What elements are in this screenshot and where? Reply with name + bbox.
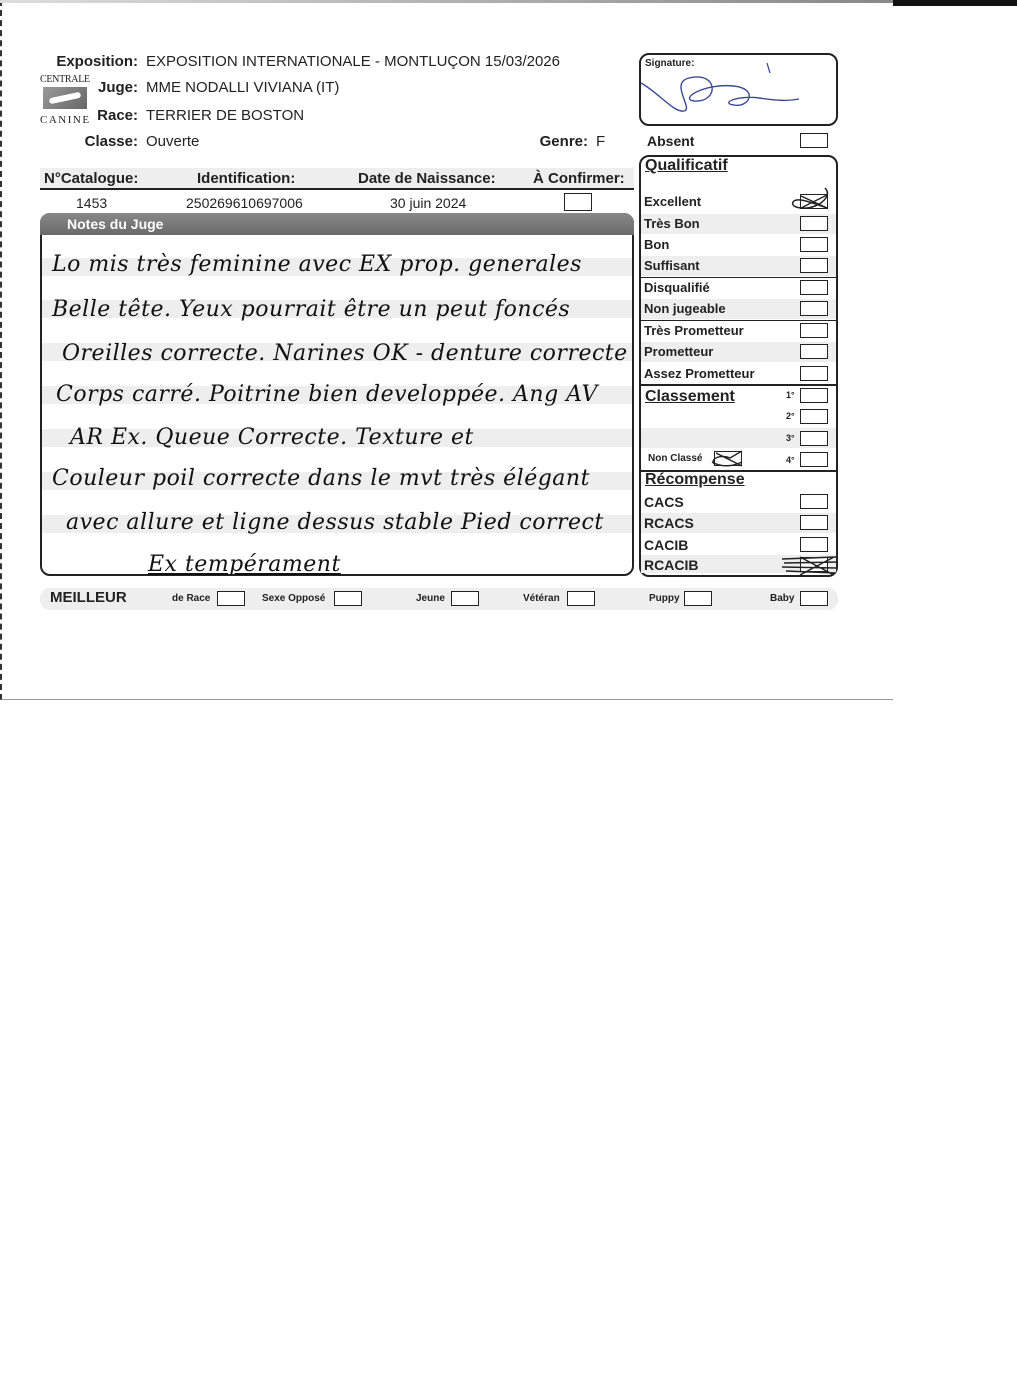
notes-line: Ex tempérament (148, 552, 341, 577)
meilleur-sexe-oppose-checkbox[interactable] (334, 591, 362, 606)
qualificatif-excellent-label: Excellent (644, 194, 701, 209)
a-confirmer-checkbox[interactable] (564, 193, 592, 211)
scan-top-edge (0, 0, 893, 3)
qualificatif-suffisant-label: Suffisant (644, 258, 700, 273)
classement-3-checkbox[interactable] (800, 431, 828, 446)
meilleur-sexe-oppose-label: Sexe Opposé (262, 593, 325, 604)
meilleur-jeune-checkbox[interactable] (451, 591, 479, 606)
recompense-rcacs-label: RCACS (644, 515, 694, 531)
notes-line: avec allure et ligne dessus stable Pied … (66, 510, 604, 535)
checkmark-scribble-icon (785, 186, 835, 216)
classe-value: Ouverte (146, 133, 199, 150)
classement-1-label: 1° (786, 390, 795, 400)
juge-label: Juge: (40, 79, 138, 96)
meilleur-de-race-label: de Race (172, 593, 210, 604)
genre-label: Genre: (520, 133, 588, 150)
section-divider (641, 384, 836, 386)
catalogue-header: N°Catalogue: (44, 170, 138, 187)
meilleur-jeune-label: Jeune (416, 593, 445, 604)
qualificatif-bon-label: Bon (644, 237, 669, 252)
classement-1-checkbox[interactable] (800, 388, 828, 403)
notes-line: AR Ex. Queue Correcte. Texture et (70, 425, 474, 450)
date-naissance-value: 30 juin 2024 (390, 195, 466, 211)
qualificatif-disqualifie-label: Disqualifié (644, 280, 710, 295)
meilleur-veteran-checkbox[interactable] (567, 591, 595, 606)
classement-title: Classement (645, 388, 735, 406)
qualificatif-tres-bon-label: Très Bon (644, 216, 700, 231)
recompense-cacs-checkbox[interactable] (800, 494, 828, 509)
qualificatif-bon-checkbox[interactable] (800, 237, 828, 252)
classement-3-label: 3° (786, 433, 795, 443)
notes-line: Oreilles correcte. Narines OK - denture … (62, 341, 628, 366)
section-divider (641, 277, 836, 278)
notes-line: Lo mis très feminine avec EX prop. gener… (52, 252, 582, 277)
qualificatif-tres-prometteur-label: Très Prometteur (644, 323, 744, 338)
signature-scribble (639, 53, 838, 126)
race-label: Race: (40, 107, 138, 124)
catalogue-value: 1453 (76, 195, 107, 211)
qualificatif-non-jugeable-label: Non jugeable (644, 301, 726, 316)
meilleur-baby-label: Baby (770, 593, 794, 604)
non-classe-label: Non Classé (648, 453, 702, 464)
section-divider (641, 320, 836, 321)
identification-value: 250269610697006 (186, 195, 303, 211)
qualificatif-disqualifie-checkbox[interactable] (800, 280, 828, 295)
identification-header: Identification: (197, 170, 295, 187)
meilleur-baby-checkbox[interactable] (800, 591, 828, 606)
juge-value: MME NODALLI VIVIANA (IT) (146, 79, 339, 96)
notes-title: Notes du Juge (40, 213, 634, 235)
meilleur-puppy-checkbox[interactable] (684, 591, 712, 606)
recompense-cacib-label: CACIB (644, 537, 688, 553)
absent-label: Absent (647, 133, 694, 149)
exposition-label: Exposition: (40, 53, 138, 70)
recompense-rcacib-label: RCACIB (644, 557, 698, 573)
notes-line: Corps carré. Poitrine bien developpée. A… (56, 382, 598, 407)
absent-checkbox[interactable] (800, 133, 828, 148)
classement-4-checkbox[interactable] (800, 452, 828, 467)
qualificatif-prometteur-label: Prometteur (644, 344, 713, 359)
qualificatif-tres-bon-checkbox[interactable] (800, 216, 828, 231)
notes-line: Couleur poil correcte dans le mvt très é… (52, 466, 590, 491)
meilleur-de-race-checkbox[interactable] (217, 591, 245, 606)
meilleur-puppy-label: Puppy (649, 593, 680, 604)
recompense-title: Récompense (645, 471, 745, 489)
qualificatif-assez-prometteur-checkbox[interactable] (800, 366, 828, 381)
classement-2-label: 2° (786, 411, 795, 421)
qualificatif-assez-prometteur-label: Assez Prometteur (644, 366, 755, 381)
exposition-value: EXPOSITION INTERNATIONALE - MONTLUÇON 15… (146, 53, 560, 70)
classement-4-label: 4° (786, 455, 795, 465)
qualificatif-prometteur-checkbox[interactable] (800, 344, 828, 359)
notes-line: Belle tête. Yeux pourrait être un peut f… (52, 297, 570, 322)
classement-2-checkbox[interactable] (800, 409, 828, 424)
recompense-cacib-checkbox[interactable] (800, 537, 828, 552)
checkmark-scribble-icon (708, 448, 748, 470)
recompense-cacs-label: CACS (644, 494, 684, 510)
qualificatif-non-jugeable-checkbox[interactable] (800, 301, 828, 316)
scan-dark-band (893, 0, 1017, 6)
classe-label: Classe: (40, 133, 138, 150)
meilleur-title: MEILLEUR (50, 589, 127, 606)
date-naissance-header: Date de Naissance: (358, 170, 496, 187)
qualificatif-title: Qualificatif (645, 157, 728, 175)
race-value: TERRIER DE BOSTON (146, 107, 304, 124)
info-divider (40, 188, 634, 190)
checkmark-scribble-icon (780, 553, 840, 579)
meilleur-veteran-label: Vétéran (523, 593, 560, 604)
qualificatif-tres-prometteur-checkbox[interactable] (800, 323, 828, 338)
qualificatif-suffisant-checkbox[interactable] (800, 258, 828, 273)
genre-value: F (596, 133, 605, 150)
recompense-rcacs-checkbox[interactable] (800, 515, 828, 530)
a-confirmer-header: À Confirmer: (533, 170, 625, 187)
